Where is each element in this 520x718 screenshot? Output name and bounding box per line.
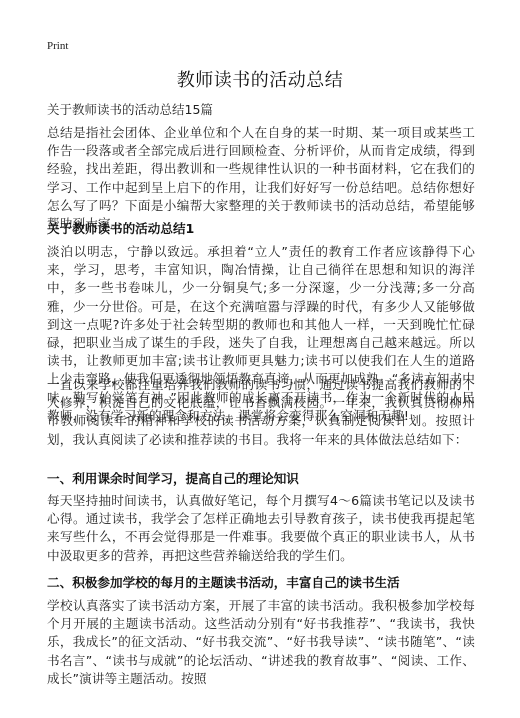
subheading-1-paragraph: 每天坚持抽时间读书，认真做好笔记，每个月撰写4～6篇读书笔记以及读书心得。通过读… [47,492,475,565]
intro-paragraph: 总结是指社会团体、企业单位和个人在自身的某一时期、某一项目或某些工作告一段落或者… [47,124,475,233]
section-heading-1: 关于教师读书的活动总结1 [47,218,475,237]
subheading-2: 二、积极参加学校的每月的主题读书活动，丰富自己的读书生活 [47,572,475,591]
document-subtitle: 关于教师读书的活动总结15篇 [47,100,213,118]
print-label: Print [47,40,68,52]
subheading-2-paragraph: 学校认真落实了读书活动方案，开展了丰富的读书活动。我积极参加学校每个月开展的主题… [47,597,475,688]
section1-paragraph-2: 一直以来学校都注重培养我们教师的读书习惯，通过读书提高我们教师的个人修养，积淀自… [47,376,475,449]
subheading-1: 一、利用课余时间学习，提高自己的理论知识 [47,468,475,487]
document-title: 教师读书的活动总结 [0,66,520,92]
